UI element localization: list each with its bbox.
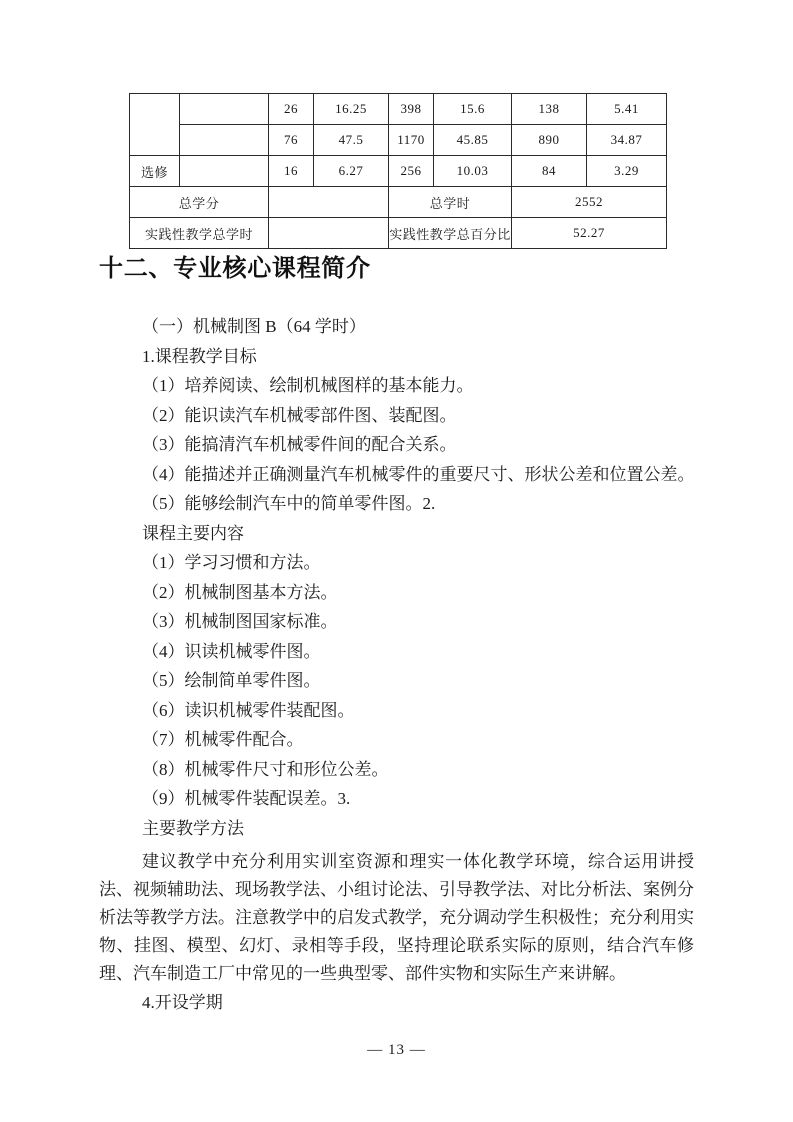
list-item: （2）能识读汽车机械零部件图、装配图。 (99, 401, 694, 431)
table-cell-value: 76 (269, 125, 314, 156)
table-cell-value: 10.03 (434, 156, 512, 187)
table-cell-value: 84 (512, 156, 587, 187)
table-cell-value: 34.87 (587, 125, 667, 156)
page-number: — 13 — (0, 1042, 793, 1059)
list-item: （2）机械制图基本方法。 (99, 578, 694, 608)
table-cell-value: 47.5 (314, 125, 389, 156)
table-cell-practice-percent-value: 52.27 (512, 218, 667, 249)
table-cell-empty (180, 125, 269, 156)
table-cell-category: 选修 (130, 156, 180, 187)
subsection-line: 4.开设学期 (99, 988, 694, 1018)
table-cell-value: 6.27 (314, 156, 389, 187)
table-cell-practice-hours-label: 实践性教学总学时 (130, 218, 269, 249)
course-title-line: （一）机械制图 B（64 学时） (99, 312, 694, 342)
table-cell-value: 5.41 (587, 94, 667, 125)
table-cell-value: 3.29 (587, 156, 667, 187)
table-cell-total-credits-value (269, 187, 389, 218)
subsection-line: 课程主要内容 (99, 519, 694, 549)
table-cell-practice-percent-label: 实践性教学总百分比 (389, 218, 512, 249)
table-row: 76 47.5 1170 45.85 890 34.87 (130, 125, 667, 156)
list-item: （9）机械零件装配误差。3. (99, 784, 694, 814)
list-item: （5）能够绘制汽车中的简单零件图。2. (99, 489, 694, 519)
course-hours-table: 26 16.25 398 15.6 138 5.41 76 47.5 1170 … (129, 93, 667, 249)
document-page: 26 16.25 398 15.6 138 5.41 76 47.5 1170 … (0, 0, 793, 1122)
table-cell-value: 15.6 (434, 94, 512, 125)
list-item: （8）机械零件尺寸和形位公差。 (99, 755, 694, 785)
table-row: 26 16.25 398 15.6 138 5.41 (130, 94, 667, 125)
table-cell-value: 890 (512, 125, 587, 156)
list-item: （7）机械零件配合。 (99, 725, 694, 755)
table-cell-value: 398 (389, 94, 434, 125)
list-item: （6）读识机械零件装配图。 (99, 696, 694, 726)
table-cell-value: 256 (389, 156, 434, 187)
table-cell-empty (180, 94, 269, 125)
list-item: （1）培养阅读、绘制机械图样的基本能力。 (99, 371, 694, 401)
table-cell-value: 138 (512, 94, 587, 125)
list-item: （3）能搞清汽车机械零件间的配合关系。 (99, 430, 694, 460)
table-cell-practice-hours-value (269, 218, 389, 249)
list-item: （1）学习习惯和方法。 (99, 548, 694, 578)
course-intro-body: （一）机械制图 B（64 学时） 1.课程教学目标 （1）培养阅读、绘制机械图样… (99, 312, 694, 1018)
table-cell-total-hours-label: 总学时 (389, 187, 512, 218)
subsection-line: 1.课程教学目标 (99, 342, 694, 372)
table-cell-total-hours-value: 2552 (512, 187, 667, 218)
table-cell-value: 16.25 (314, 94, 389, 125)
subsection-line: 主要教学方法 (99, 814, 694, 844)
table-cell-total-credits-label: 总学分 (130, 187, 269, 218)
list-item: （4）识读机械零件图。 (99, 637, 694, 667)
list-item: （4）能描述并正确测量汽车机械零件的重要尺寸、形状公差和位置公差。 (99, 460, 694, 490)
list-item: （5）绘制简单零件图。 (99, 666, 694, 696)
table-cell-value: 45.85 (434, 125, 512, 156)
table-cell-value: 16 (269, 156, 314, 187)
section-heading: 十二、专业核心课程简介 (99, 253, 371, 285)
table-row: 选修 16 6.27 256 10.03 84 3.29 (130, 156, 667, 187)
table-row-totals: 总学分 总学时 2552 (130, 187, 667, 218)
table-cell-value: 1170 (389, 125, 434, 156)
table-row-practice: 实践性教学总学时 实践性教学总百分比 52.27 (130, 218, 667, 249)
teaching-methods-paragraph: 建议教学中充分利用实训室资源和理实一体化教学环境，综合运用讲授法、视频辅助法、现… (99, 848, 694, 988)
table-cell-value: 26 (269, 94, 314, 125)
list-item: （3）机械制图国家标准。 (99, 607, 694, 637)
table-cell-category-empty (130, 94, 180, 156)
table-cell-empty (180, 156, 269, 187)
